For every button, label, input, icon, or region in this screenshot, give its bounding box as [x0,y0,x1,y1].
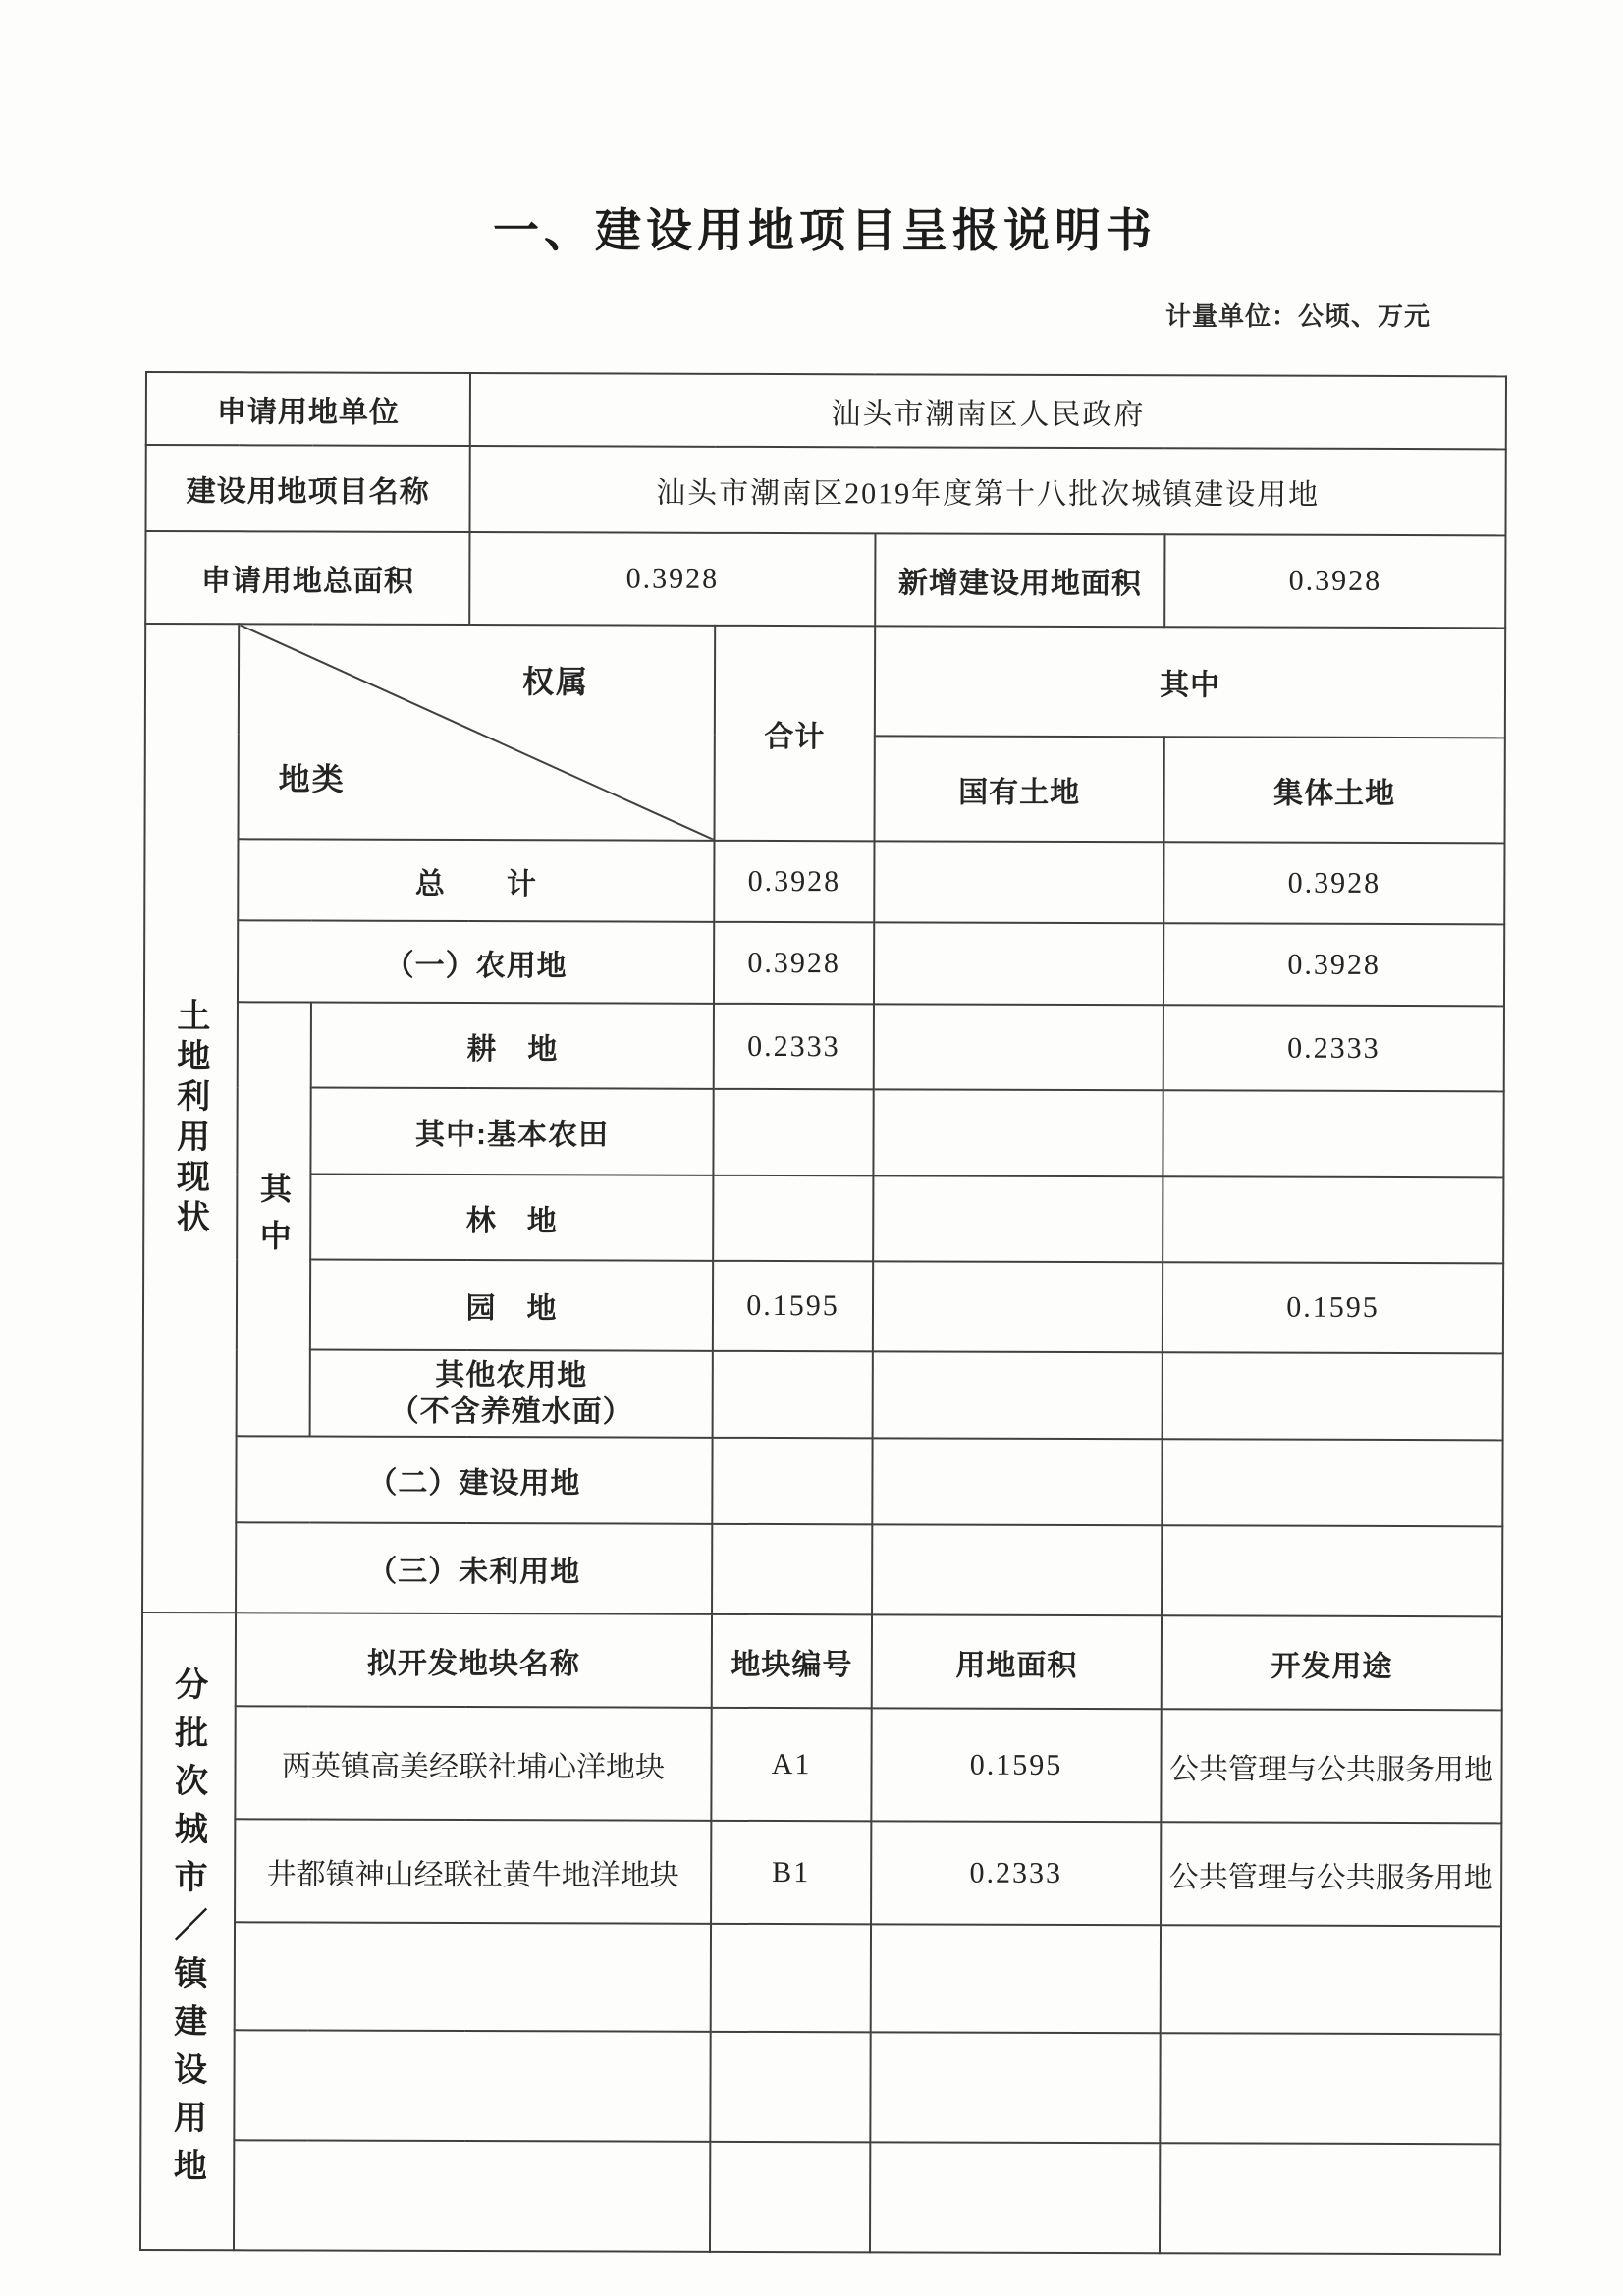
col-header-parcel-use: 开发用途 [1162,1615,1502,1710]
land-row-total: 0.3928 [714,841,874,923]
col-header-total: 合计 [715,626,876,842]
land-row-grand-total: 总 计 0.3928 0.3928 [144,839,1504,924]
parcel-name: 两英镇高美经联社埔心洋地块 [235,1706,711,1821]
project-name-label: 建设用地项目名称 [145,445,469,532]
applicant-value: 汕头市潮南区人民政府 [470,373,1506,449]
land-use-section-label-cell: 土地利用现状 [142,624,239,1613]
land-row-name: （一）农用地 [238,920,714,1004]
parcel-name [235,1922,711,2032]
land-row-collective: 0.3928 [1163,842,1504,924]
land-row-state [874,1004,1163,1090]
land-row-name: 林 地 [310,1175,713,1261]
land-row-other-agricultural: 其他农用地 （不含养殖水面） [143,1349,1503,1440]
land-row-collective [1163,1352,1503,1440]
land-row-garden: 园 地 0.1595 0.1595 [143,1259,1503,1353]
parcels-header-row: 分批次城市／镇建设用地 拟开发地块名称 地块编号 用地面积 开发用途 [142,1613,1502,1710]
land-row-name: 其中:基本农田 [310,1088,713,1175]
parcel-code [710,2142,870,2253]
new-construction-area-value: 0.3928 [1164,534,1505,628]
page-title: 一、建设用地项目呈报说明书 [0,194,1623,260]
land-row-collective: 0.3928 [1163,923,1504,1006]
parcel-use: 公共管理与公共服务用地 [1161,1709,1501,1823]
parcel-use [1160,2143,1500,2254]
parcels-section-label: 分批次城市／镇建设用地 [163,1667,213,2196]
subgroup-label: 其中 [251,1172,297,1266]
diagonal-header-cell: 权属 地类 [239,624,716,841]
land-row-state [873,1175,1163,1262]
col-header-among: 其中 [875,626,1505,738]
parcel-name [234,2030,710,2142]
land-row-forest: 林 地 [143,1174,1503,1263]
land-row-construction: （二）建设用地 [142,1436,1502,1526]
parcel-name [234,2140,710,2252]
measure-unit-note: 计量单位：公顷、万元 [1165,297,1431,333]
land-row-state [874,841,1163,923]
land-row-total: 0.1595 [713,1261,873,1352]
parcel-row: 井都镇神山经联社黄牛地洋地块 B1 0.2333 公共管理与公共服务用地 [141,1819,1501,1926]
col-header-parcel-area: 用地面积 [872,1614,1162,1709]
parcels-section-label-cell: 分批次城市／镇建设用地 [140,1613,236,2250]
land-row-collective: 0.2333 [1163,1005,1504,1091]
land-row-total: 0.2333 [714,1004,874,1090]
col-header-state-owned: 国有土地 [875,736,1164,842]
parcel-code: B1 [711,1821,871,1925]
land-row-basic-farmland: 其中:基本农田 [143,1087,1503,1177]
row-applicant: 申请用地单位 汕头市潮南区人民政府 [146,372,1506,449]
scanned-document-page: 一、建设用地项目呈报说明书 计量单位：公顷、万元 申请用地单位 汕头市潮南区人民… [0,0,1623,2296]
total-area-value: 0.3928 [469,532,875,626]
land-row-name: （二）建设用地 [236,1436,712,1524]
total-area-label: 申请用地总面积 [145,531,469,625]
land-row-state [872,1438,1162,1525]
land-row-total [713,1089,873,1176]
parcel-code [710,2032,870,2143]
land-use-header-row: 土地利用现状 权属 地类 合计 其中 [145,624,1505,738]
land-submission-form: 申请用地单位 汕头市潮南区人民政府 建设用地项目名称 汕头市潮南区2019年度第… [139,371,1507,2255]
col-header-collective: 集体土地 [1164,737,1505,843]
parcel-area [870,2032,1160,2143]
applicant-label: 申请用地单位 [146,372,470,446]
parcel-area: 0.1595 [871,1708,1161,1822]
parcel-row-empty [141,1922,1501,2034]
land-row-agricultural: （一）农用地 0.3928 0.3928 [144,920,1504,1006]
parcel-use [1161,1925,1501,2034]
land-row-state [872,1524,1162,1615]
col-header-parcel-name: 拟开发地块名称 [236,1613,712,1708]
land-row-total [712,1438,872,1525]
diagonal-label-landtype: 地类 [279,754,346,799]
land-row-total [712,1524,872,1615]
form-table-wrapper: 申请用地单位 汕头市潮南区人民政府 建设用地项目名称 汕头市潮南区2019年度第… [139,371,1507,2255]
land-row-total [713,1351,873,1439]
parcel-row: 两英镇高美经联社埔心洋地块 A1 0.1595 公共管理与公共服务用地 [141,1706,1501,1823]
parcel-row-empty [140,2030,1500,2144]
parcel-row-empty [140,2140,1500,2254]
land-row-collective [1163,1090,1503,1177]
land-row-collective [1163,1176,1503,1263]
row-project-name: 建设用地项目名称 汕头市潮南区2019年度第十八批次城镇建设用地 [145,445,1505,535]
land-row-total: 0.3928 [714,922,874,1005]
land-row-state [873,1261,1163,1352]
land-use-section-label: 土地利用现状 [166,998,215,1239]
project-name-value: 汕头市潮南区2019年度第十八批次城镇建设用地 [470,446,1506,535]
col-header-parcel-code: 地块编号 [712,1614,872,1709]
parcel-use [1160,2033,1500,2144]
land-row-name: 园 地 [310,1260,713,1351]
parcel-area: 0.2333 [871,1821,1161,1925]
parcel-code [711,1924,871,2033]
parcel-code: A1 [711,1708,871,1822]
land-row-state [874,922,1163,1005]
parcel-area [870,2142,1160,2253]
parcel-use: 公共管理与公共服务用地 [1161,1822,1501,1926]
land-row-collective: 0.1595 [1163,1262,1503,1353]
land-row-state [873,1351,1163,1439]
row-total-area: 申请用地总面积 0.3928 新增建设用地面积 0.3928 [145,531,1505,628]
land-row-collective [1162,1439,1502,1526]
land-row-cultivated: 其中 耕 地 0.2333 0.2333 [144,1002,1504,1091]
land-row-unused: （三）未利用地 [142,1522,1502,1616]
land-row-name: 总 计 [238,839,714,922]
land-row-total [713,1175,873,1262]
diagonal-label-ownership: 权属 [522,657,589,702]
diagonal-line [240,625,715,840]
parcel-area [871,1924,1161,2033]
land-row-collective [1162,1525,1502,1616]
subgroup-label-cell: 其中 [237,1002,311,1436]
land-row-name: （三）未利用地 [236,1522,712,1614]
land-row-name: 耕 地 [311,1003,714,1089]
parcel-name: 井都镇神山经联社黄牛地洋地块 [235,1819,711,1924]
new-construction-area-label: 新增建设用地面积 [875,533,1164,627]
land-row-name: 其他农用地 （不含养殖水面） [310,1350,713,1438]
land-row-state [873,1089,1163,1176]
